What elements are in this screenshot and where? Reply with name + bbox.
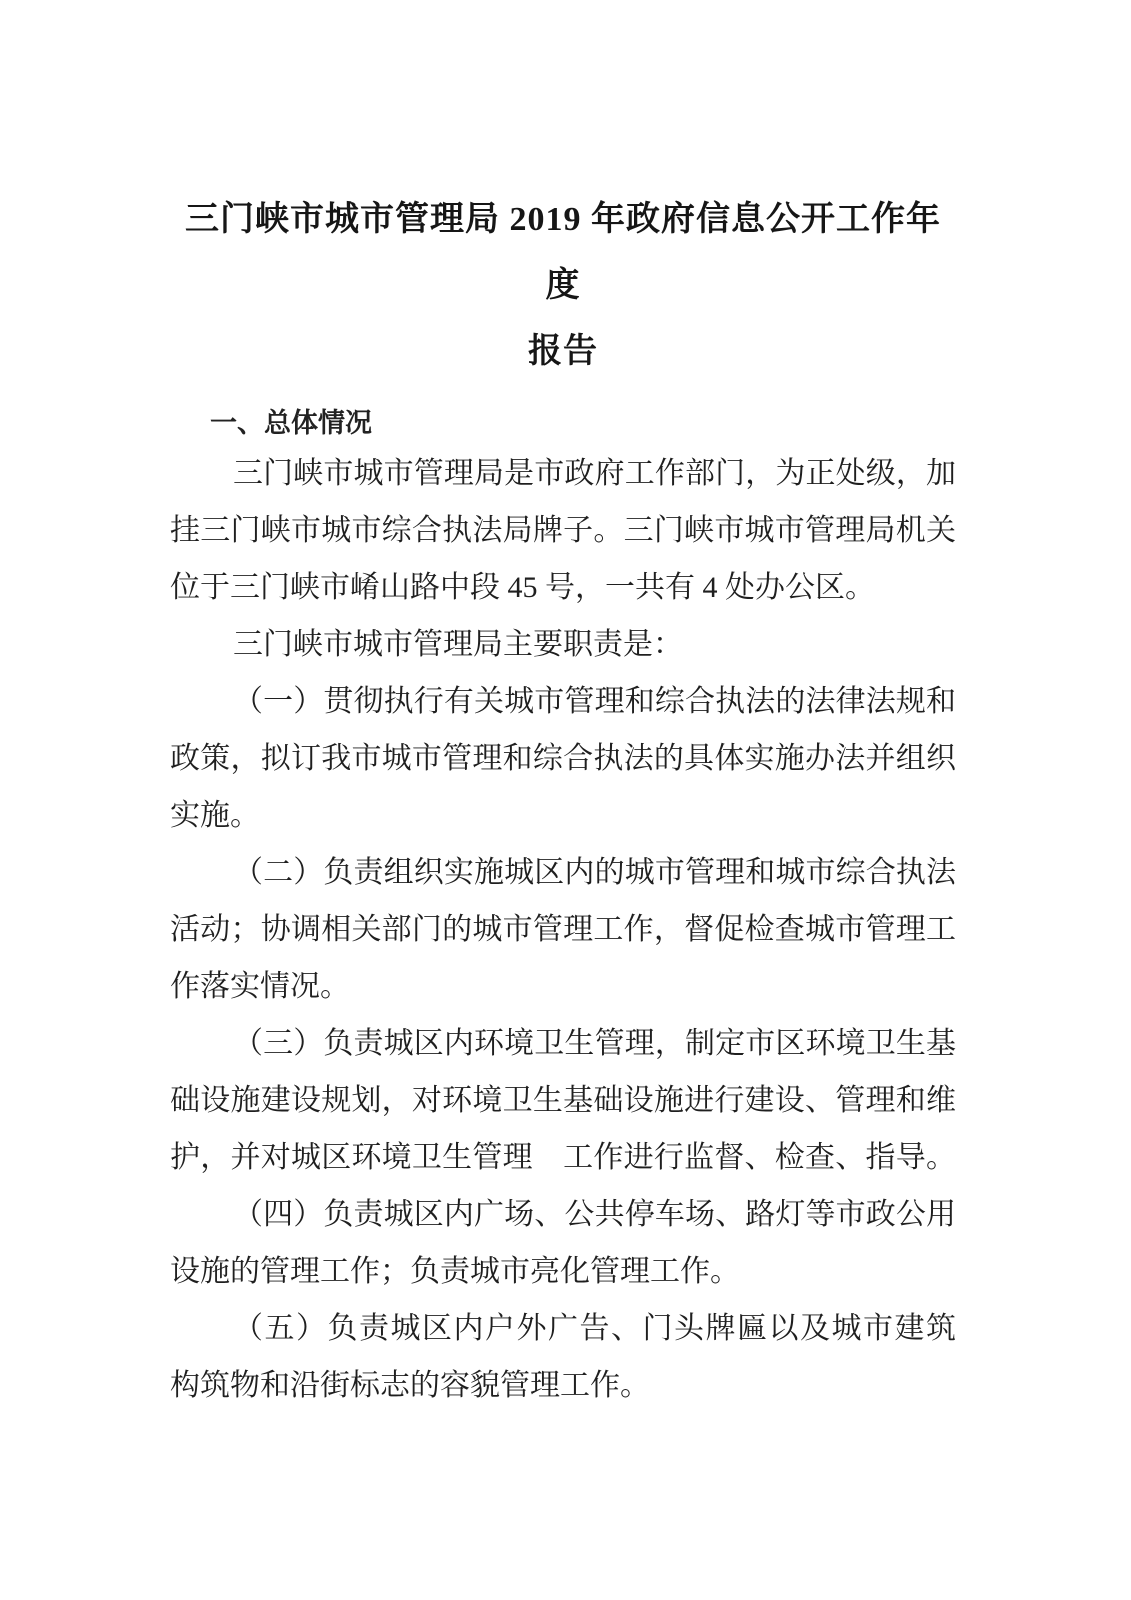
body-line: 护，并对城区环境卫生管理 工作进行监督、检查、指导。	[170, 1129, 956, 1186]
document-page: 三门峡市城市管理局 2019 年政府信息公开工作年度 报告 一、总体情况 三门峡…	[0, 0, 1131, 1600]
document-content: 三门峡市城市管理局 2019 年政府信息公开工作年度 报告 一、总体情况 三门峡…	[170, 187, 956, 1414]
body-line: 活动；协调相关部门的城市管理工作，督促检查城市管理工	[170, 901, 956, 958]
document-title: 三门峡市城市管理局 2019 年政府信息公开工作年度 报告	[170, 187, 956, 385]
body-line: （三）负责城区内环境卫生管理，制定市区环境卫生基	[170, 1015, 956, 1072]
document-body: 三门峡市城市管理局是市政府工作部门，为正处级，加 挂三门峡市城市综合执法局牌子。…	[170, 445, 956, 1414]
body-line: （二）负责组织实施城区内的城市管理和城市综合执法	[170, 844, 956, 901]
body-line: 实施。	[170, 787, 956, 844]
body-line: 位于三门峡市崤山路中段 45 号，一共有 4 处办公区。	[170, 559, 956, 616]
body-line: （四）负责城区内广场、公共停车场、路灯等市政公用	[170, 1186, 956, 1243]
document-title-line-1: 三门峡市城市管理局 2019 年政府信息公开工作年度	[170, 187, 956, 319]
body-line: 三门峡市城市管理局是市政府工作部门，为正处级，加	[170, 445, 956, 502]
body-line: 构筑物和沿街标志的容貌管理工作。	[170, 1357, 956, 1414]
body-line: 政策，拟订我市城市管理和综合执法的具体实施办法并组织	[170, 730, 956, 787]
document-title-line-2: 报告	[170, 319, 956, 385]
body-line: 作落实情况。	[170, 958, 956, 1015]
body-line: 三门峡市城市管理局主要职责是：	[170, 616, 956, 673]
body-line: 设施的管理工作；负责城市亮化管理工作。	[170, 1243, 956, 1300]
section-heading: 一、总体情况	[170, 401, 956, 445]
body-line: （五）负责城区内户外广告、门头牌匾以及城市建筑物、	[170, 1300, 956, 1357]
body-line: （一）贯彻执行有关城市管理和综合执法的法律法规和	[170, 673, 956, 730]
body-line: 础设施建设规划，对环境卫生基础设施进行建设、管理和维	[170, 1072, 956, 1129]
body-line: 挂三门峡市城市综合执法局牌子。三门峡市城市管理局机关	[170, 502, 956, 559]
